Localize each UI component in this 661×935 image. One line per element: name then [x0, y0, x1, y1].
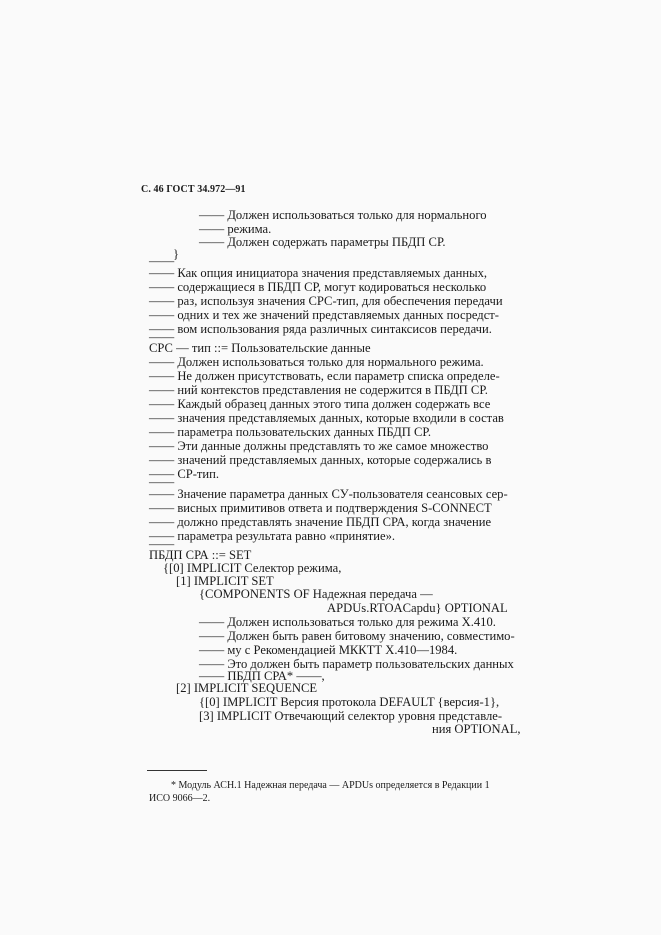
cpa-line-7: —— му с Рекомендацией МККТТ X.410—1984.	[199, 643, 457, 657]
block1-line-3: —— Должен содержать параметры ПБДП СР.	[199, 235, 446, 249]
block1-line-2: —— режима.	[199, 222, 271, 236]
cpc-line-3: —— ний контекстов представления не содер…	[149, 383, 488, 397]
footnote-line-1: * Модуль АСН.1 Надежная передача — APDUs…	[171, 780, 490, 792]
cpa-line-10: [2] IMPLICIT SEQUENCE	[176, 681, 317, 695]
cpa-line-13: ния OPTIONAL,	[432, 722, 521, 736]
block3-line-2: —— висных примитивов ответа и подтвержде…	[149, 501, 492, 515]
cpa-line-12: [3] IMPLICIT Отвечающий селектор уровня …	[199, 709, 502, 723]
cpa-line-6: —— Должен быть равен битовому значению, …	[199, 629, 515, 643]
cpa-line-1: {[0] IMPLICIT Селектор режима,	[163, 561, 341, 575]
cpc-line-6: —— параметра пользовательских данных ПБД…	[149, 425, 431, 439]
cpc-type-title: СРС — тип ::= Пользовательские данные	[149, 341, 371, 355]
cpc-line-8: —— значений представляемых данных, котор…	[149, 453, 491, 467]
cpc-line-7: —— Эти данные должны представлять то же …	[149, 439, 488, 453]
block2-line-3: —— раз, используя значения СРС-тип, для …	[149, 294, 503, 308]
block3-line-1: —— Значение параметра данных СУ-пользова…	[149, 487, 508, 501]
page-header: С. 46 ГОСТ 34.972—91	[141, 184, 246, 195]
footnote-rule	[147, 770, 207, 771]
cpa-set-title: ПБДП СРА ::= SET	[149, 548, 251, 562]
cpa-line-3: {COMPONENTS OF Надежная передача —	[199, 587, 433, 601]
cpa-line-11: {[0] IMPLICIT Версия протокола DEFAULT {…	[199, 695, 499, 709]
cpc-line-4: —— Каждый образец данных этого типа долж…	[149, 397, 490, 411]
block2-line-4: —— одних и тех же значений представляемы…	[149, 308, 499, 322]
block2-line-2: —— содержащиеся в ПБДП СР, могут кодиров…	[149, 280, 486, 294]
cpa-line-5: —— Должен использоваться только для режи…	[199, 615, 496, 629]
cpa-line-2: [1] IMPLICIT SET	[176, 574, 274, 588]
block1-line-1: —— Должен использоваться только для норм…	[199, 208, 526, 222]
cpc-line-2: —— Не должен присутствовать, если параме…	[149, 369, 500, 383]
block2-line-1: —— Как опция инициатора значения предста…	[149, 266, 487, 280]
cpc-line-5: —— значения представляемых данных, котор…	[149, 411, 504, 425]
cpc-line-1: —— Должен использоваться только для норм…	[149, 355, 484, 369]
block2-line-5: —— вом использования ряда различных синт…	[149, 322, 492, 336]
cpa-line-4: APDUs.RTOACapdu} OPTIONAL	[327, 601, 508, 615]
block3-line-3: —— должно представлять значение ПБДП СРА…	[149, 515, 491, 529]
block3-line-4: —— параметра результата равно «принятие»…	[149, 529, 395, 543]
footnote-line-2: ИСО 9066—2.	[149, 793, 210, 805]
